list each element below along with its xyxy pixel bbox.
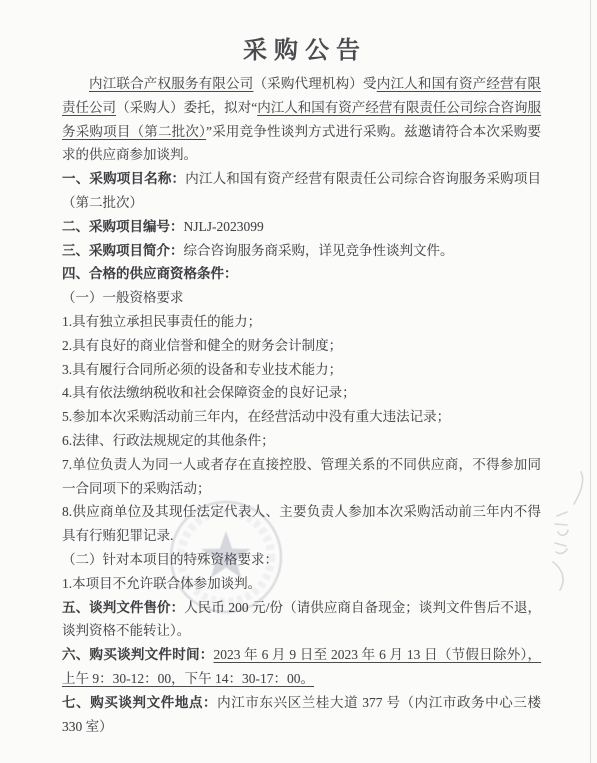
section-project-brief: 三、采购项目简介：综合咨询服务商采购，详见竞争性谈判文件。 — [62, 239, 541, 263]
section-label: 七、购买谈判文件地点： — [62, 695, 217, 710]
general-requirement-item: 6.法律、行政法规规定的其他条件； — [62, 429, 541, 453]
page-title: 采购公告 — [62, 36, 541, 66]
section-value: NJLJ-2023099 — [184, 219, 264, 234]
section-label: 一、采购项目名称： — [62, 171, 185, 186]
general-requirement-item: 5.参加本次采购活动前三年内，在经营活动中没有重大违法记录； — [62, 405, 541, 429]
document-body: 采购公告 内江联合产权服务有限公司（采购代理机构）受内江人和国有资产经营有限责任… — [62, 36, 541, 738]
intro-text-1: （采购代理机构）受 — [253, 76, 376, 91]
general-requirements-header: （一）一般资格要求 — [62, 286, 541, 310]
intro-paragraph: 内江联合产权服务有限公司（采购代理机构）受内江人和国有资产经营有限责任公司（采购… — [62, 72, 541, 167]
section-project-number: 二、采购项目编号：NJLJ-2023099 — [62, 215, 541, 239]
general-requirement-item: 4.具有依法缴纳税收和社会保障资金的良好记录； — [62, 381, 541, 405]
page-edge-line — [590, 0, 591, 763]
intro-text-2: （采购人）委托，拟对“ — [116, 100, 257, 115]
section-qualification: 四、合格的供应商资格条件： — [62, 262, 541, 286]
section-value: 综合咨询服务商采购，详见竞争性谈判文件。 — [184, 243, 454, 258]
scanned-document-page: 采购公告 内江联合产权服务有限公司（采购代理机构）受内江人和国有资产经营有限责任… — [0, 0, 597, 763]
section-label: 四、合格的供应商资格条件： — [62, 266, 238, 281]
general-requirement-item: 3.具有履行合同所必须的设备和专业技术能力； — [62, 358, 541, 382]
general-requirement-item: 1.具有独立承担民事责任的能力； — [62, 310, 541, 334]
special-requirements-header: （二）针对本项目的特殊资格要求： — [62, 548, 541, 572]
section-purchase-time: 六、购买谈判文件时间：2023 年 6 月 9 日至 2023 年 6 月 13… — [62, 643, 541, 691]
agency-name: 内江联合产权服务有限公司 — [89, 76, 253, 91]
section-label: 五、谈判文件售价： — [62, 600, 184, 615]
section-label: 三、采购项目简介： — [62, 243, 184, 258]
section-document-price: 五、谈判文件售价：人民币 200 元/份（请供应商自备现金；谈判文件售后不退，谈… — [62, 596, 541, 644]
special-requirement-item: 1.本项目不允许联合体参加谈判。 — [62, 572, 541, 596]
general-requirement-item: 8.供应商单位及其现任法定代表人、主要负责人参加本次采购活动前三年内不得具有行贿… — [62, 500, 541, 548]
section-label: 六、购买谈判文件时间： — [62, 647, 214, 662]
general-requirement-item: 7.单位负责人为同一人或者存在直接控股、管理关系的不同供应商，不得参加同一合同项… — [62, 453, 541, 501]
handwritten-annotation — [543, 458, 588, 598]
general-requirement-item: 2.具有良好的商业信誉和健全的财务会计制度； — [62, 334, 541, 358]
section-project-name: 一、采购项目名称：内江人和国有资产经营有限责任公司综合咨询服务采购项目（第二批次… — [62, 167, 541, 215]
section-label: 二、采购项目编号： — [62, 219, 184, 234]
section-purchase-place: 七、购买谈判文件地点：内江市东兴区兰桂大道 377 号（内江市政务中心三楼 33… — [62, 691, 541, 739]
